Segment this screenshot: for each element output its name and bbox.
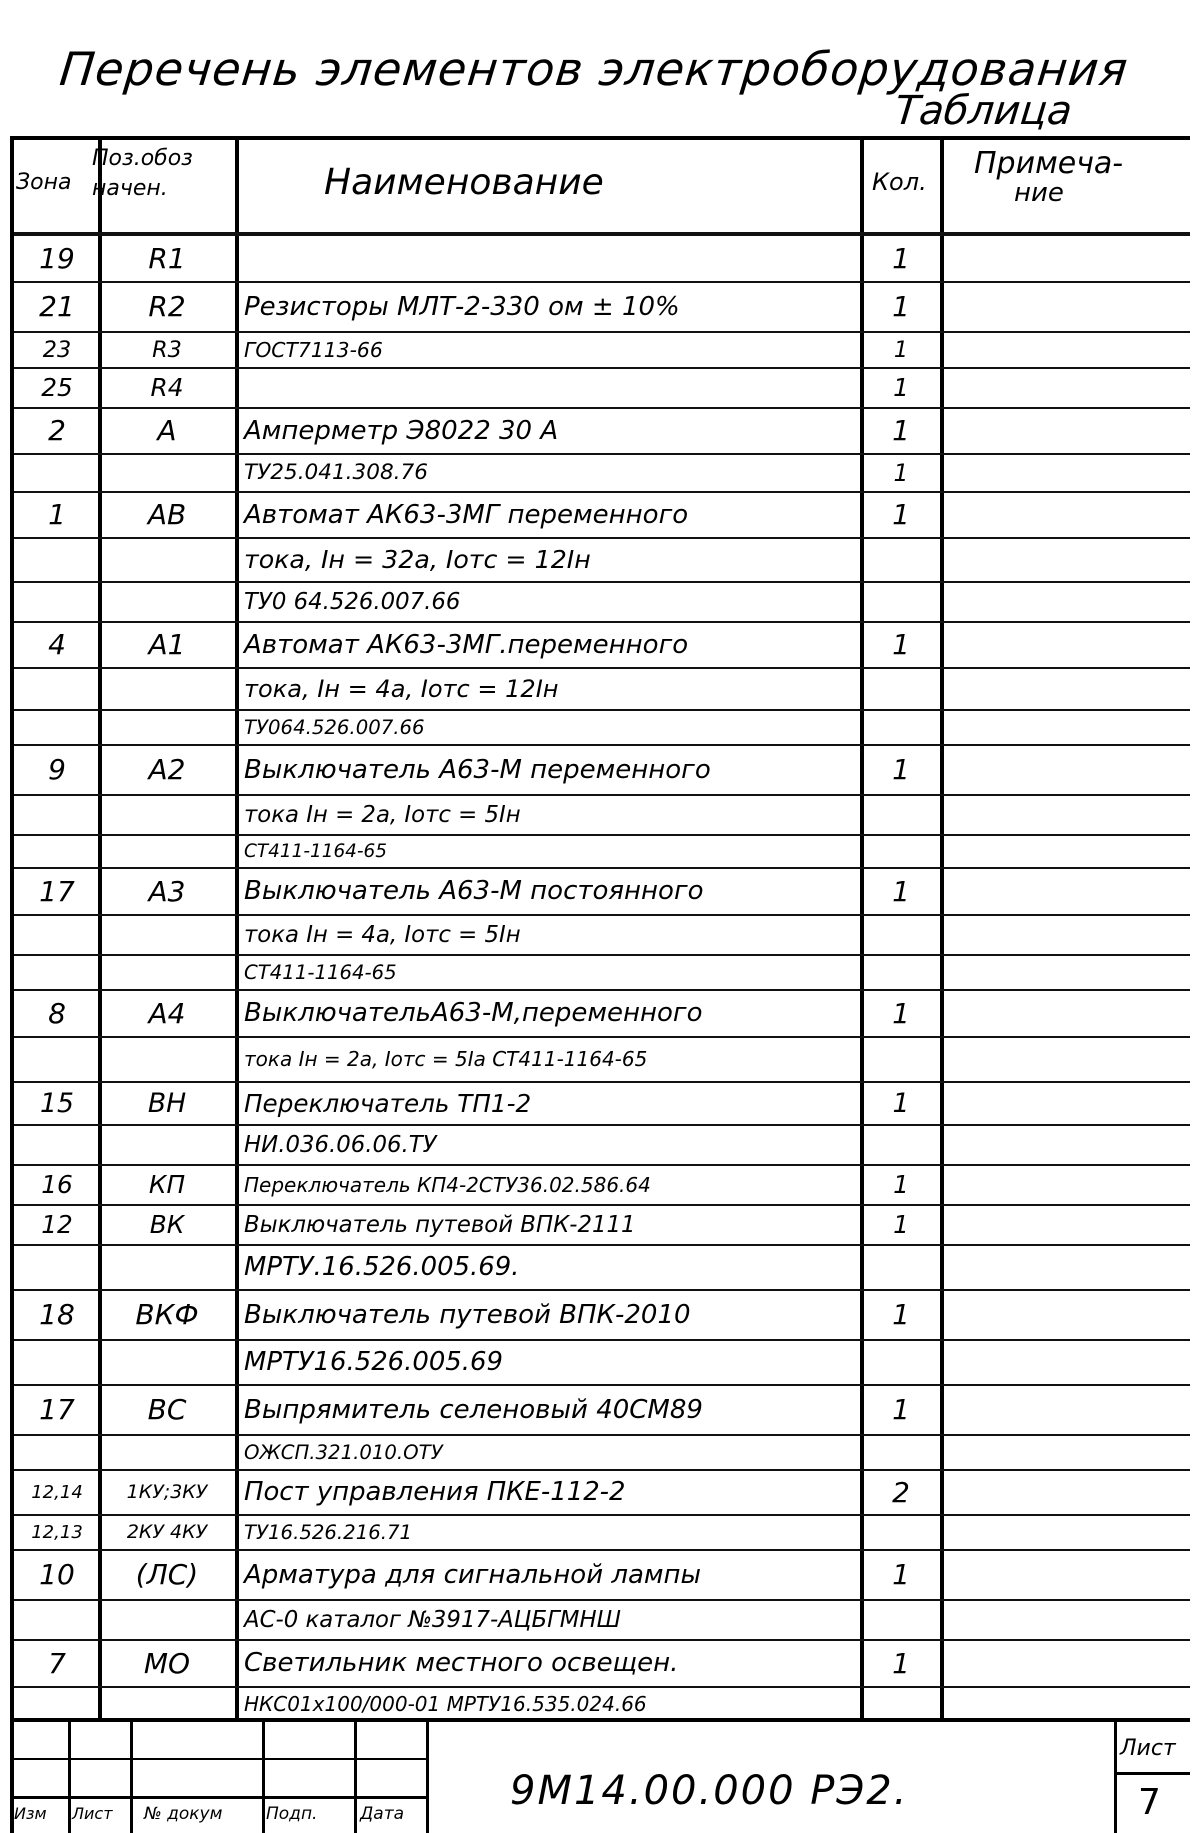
qty-cell: 1	[864, 408, 938, 454]
row-divider	[14, 331, 1190, 333]
tb-divider	[262, 1722, 265, 1833]
zone-cell: 2	[18, 408, 96, 454]
table-row: тока, Iн = 4а, Iотс = 12Iн	[14, 668, 1190, 710]
document-designation: 9М14.00.000 РЭ2.	[510, 1768, 908, 1814]
zone-cell: 9	[18, 745, 96, 795]
zone-cell: 8	[18, 990, 96, 1037]
table-row: 19R11	[14, 236, 1190, 282]
name-cell: ТУ064.526.007.66	[244, 710, 858, 745]
zone-cell: 17	[18, 1385, 96, 1435]
position-cell: А1	[102, 622, 232, 668]
table-row: тока Iн = 2а, Iотс = 5Iа СТ411-1164-65	[14, 1037, 1190, 1082]
qty-cell: 1	[864, 622, 938, 668]
table-row: АС-0 каталог №3917-АЦБГМНШ	[14, 1600, 1190, 1640]
table-row: тока Iн = 2а, Iотс = 5Iн	[14, 795, 1190, 835]
name-cell: Переключатель ТП1-2	[244, 1082, 858, 1125]
table-row: НИ.036.06.06.ТУ	[14, 1125, 1190, 1165]
qty-cell: 1	[864, 282, 938, 332]
sheet-number: 7	[1138, 1782, 1161, 1823]
tb-divider	[10, 1758, 428, 1760]
row-divider	[14, 867, 1190, 869]
row-divider	[14, 1081, 1190, 1083]
table-row: 15ВНПереключатель ТП1-21	[14, 1082, 1190, 1125]
position-cell: А3	[102, 868, 232, 915]
name-cell: Пост управления ПКЕ-112-2	[244, 1470, 858, 1515]
table-row: 25R41	[14, 368, 1190, 408]
zone-cell: 18	[18, 1290, 96, 1340]
zone-cell: 25	[18, 368, 96, 408]
column-divider	[235, 140, 239, 1722]
row-divider	[14, 1514, 1190, 1516]
table-row: МРТУ16.526.005.69	[14, 1340, 1190, 1385]
table-row: 7МОСветильник местного освещен.1	[14, 1640, 1190, 1687]
table-row: ТУ25.041.308.761	[14, 454, 1190, 492]
name-cell: Выпрямитель селеновый 40СМ89	[244, 1385, 858, 1435]
header-qty: Кол.	[872, 168, 927, 196]
name-cell: Автомат АК63-3МГ.переменного	[244, 622, 858, 668]
table-row: тока, Iн = 32а, Iотс = 12Iн	[14, 538, 1190, 582]
table-row: 1АВАвтомат АК63-3МГ переменного1	[14, 492, 1190, 538]
tb-divider	[426, 1722, 429, 1833]
table-row: 8А4ВыключательА63-М,переменного1	[14, 990, 1190, 1037]
table-row: СТ411-1164-65	[14, 835, 1190, 868]
table-row: 16КППереключатель КП4-2СТУ36.02.586.641	[14, 1165, 1190, 1205]
qty-cell: 1	[864, 1290, 938, 1340]
zone-cell: 12	[18, 1205, 96, 1245]
position-cell: 2КУ 4КУ	[102, 1515, 232, 1550]
table-row: тока Iн = 4а, Iотс = 5Iн	[14, 915, 1190, 955]
header-zone: Зона	[16, 170, 71, 195]
name-cell: НИ.036.06.06.ТУ	[244, 1125, 858, 1165]
tb-divider	[68, 1722, 71, 1833]
qty-cell: 1	[864, 1205, 938, 1245]
header-note-line1: Примеча-	[974, 146, 1123, 181]
table-row: СТ411-1164-65	[14, 955, 1190, 990]
row-divider	[14, 1639, 1190, 1641]
row-divider	[14, 667, 1190, 669]
qty-cell: 1	[864, 332, 938, 368]
tb-label-sheet: Лист	[72, 1804, 113, 1823]
table-row: 10(ЛС)Арматура для сигнальной лампы1	[14, 1550, 1190, 1600]
column-divider	[940, 140, 944, 1722]
name-cell: ОЖСП.321.010.ОТУ	[244, 1435, 858, 1470]
name-cell: Выключатель путевой ВПК-2010	[244, 1290, 858, 1340]
name-cell: Резисторы МЛТ-2-330 ом ± 10%	[244, 282, 858, 332]
position-cell: R3	[102, 332, 232, 368]
name-cell: Выключатель А63-М постоянного	[244, 868, 858, 915]
row-divider	[14, 491, 1190, 493]
zone-cell: 7	[18, 1640, 96, 1687]
row-divider	[14, 1549, 1190, 1551]
row-divider	[14, 1204, 1190, 1206]
row-divider	[14, 834, 1190, 836]
position-cell: КП	[102, 1165, 232, 1205]
row-divider	[14, 407, 1190, 409]
row-divider	[14, 1289, 1190, 1291]
table-row: 17ВСВыпрямитель селеновый 40СМ891	[14, 1385, 1190, 1435]
position-cell: R2	[102, 282, 232, 332]
name-cell: Автомат АК63-3МГ переменного	[244, 492, 858, 538]
name-cell: СТ411-1164-65	[244, 835, 858, 868]
tb-divider	[130, 1722, 133, 1833]
name-cell: ВыключательА63-М,переменного	[244, 990, 858, 1037]
qty-cell: 1	[864, 492, 938, 538]
tb-divider	[1114, 1722, 1117, 1833]
name-cell: ТУ25.041.308.76	[244, 454, 858, 492]
qty-cell: 1	[864, 868, 938, 915]
row-divider	[14, 1244, 1190, 1246]
row-divider	[14, 1469, 1190, 1471]
title-block: Изм Лист № докум Подп. Дата 9М14.00.000 …	[10, 1718, 1190, 1833]
name-cell: Выключатель А63-М переменного	[244, 745, 858, 795]
qty-cell: 1	[864, 454, 938, 492]
name-cell: тока Iн = 4а, Iотс = 5Iн	[244, 915, 858, 955]
name-cell: Выключатель путевой ВПК-2111	[244, 1205, 858, 1245]
row-divider	[14, 1686, 1190, 1688]
column-divider	[860, 140, 864, 1722]
table-row: 4А1Автомат АК63-3МГ.переменного1	[14, 622, 1190, 668]
row-divider	[14, 1384, 1190, 1386]
header-position-line2: начен.	[92, 176, 168, 201]
table-row: НКС01х100/000-01 МРТУ16.535.024.66	[14, 1687, 1190, 1722]
name-cell: НКС01х100/000-01 МРТУ16.535.024.66	[244, 1687, 858, 1722]
name-cell: тока Iн = 2а, Iотс = 5Iн	[244, 795, 858, 835]
name-cell: ГОСТ7113-66	[244, 332, 858, 368]
name-cell: тока, Iн = 4а, Iотс = 12Iн	[244, 668, 858, 710]
position-cell: ВС	[102, 1385, 232, 1435]
row-divider	[14, 1339, 1190, 1341]
qty-cell: 1	[864, 1550, 938, 1600]
zone-cell: 21	[18, 282, 96, 332]
table-row: 9А2Выключатель А63-М переменного1	[14, 745, 1190, 795]
qty-cell: 1	[864, 745, 938, 795]
table-row: 17А3Выключатель А63-М постоянного1	[14, 868, 1190, 915]
name-cell: Светильник местного освещен.	[244, 1640, 858, 1687]
elements-table: Зона Поз.обоз начен. Наименование Кол. П…	[10, 136, 1190, 1718]
table-row: 18ВКФВыключатель путевой ВПК-20101	[14, 1290, 1190, 1340]
row-divider	[14, 537, 1190, 539]
zone-cell: 15	[18, 1082, 96, 1125]
qty-cell: 1	[864, 1640, 938, 1687]
zone-cell: 17	[18, 868, 96, 915]
header-position-line1: Поз.обоз	[92, 146, 193, 171]
row-divider	[14, 1599, 1190, 1601]
header-divider	[14, 232, 1190, 236]
table-row: 12ВКВыключатель путевой ВПК-21111	[14, 1205, 1190, 1245]
name-cell: МРТУ16.526.005.69	[244, 1340, 858, 1385]
row-divider	[14, 453, 1190, 455]
table-row: 2ААмперметр Э8022 30 А1	[14, 408, 1190, 454]
name-cell: тока, Iн = 32а, Iотс = 12Iн	[244, 538, 858, 582]
row-divider	[14, 744, 1190, 746]
row-divider	[14, 621, 1190, 623]
name-cell: Переключатель КП4-2СТУ36.02.586.64	[244, 1165, 858, 1205]
document-subtitle: Таблица	[893, 88, 1075, 134]
tb-divider	[1114, 1772, 1190, 1775]
qty-cell: 1	[864, 990, 938, 1037]
tb-label-change: Изм	[14, 1804, 47, 1823]
position-cell: ВК	[102, 1205, 232, 1245]
position-cell: МО	[102, 1640, 232, 1687]
name-cell: СТ411-1164-65	[244, 955, 858, 990]
qty-cell: 1	[864, 368, 938, 408]
position-cell: А2	[102, 745, 232, 795]
position-cell: ВН	[102, 1082, 232, 1125]
zone-cell: 12,13	[18, 1515, 96, 1550]
qty-cell: 1	[864, 236, 938, 282]
zone-cell: 12,14	[18, 1470, 96, 1515]
row-divider	[14, 709, 1190, 711]
position-cell: 1КУ;3КУ	[102, 1470, 232, 1515]
zone-cell: 23	[18, 332, 96, 368]
row-divider	[14, 954, 1190, 956]
table-row: ТУ0 64.526.007.66	[14, 582, 1190, 622]
column-divider	[98, 140, 102, 1722]
name-cell: ТУ0 64.526.007.66	[244, 582, 858, 622]
row-divider	[14, 367, 1190, 369]
tb-label-date: Дата	[360, 1804, 404, 1824]
zone-cell: 4	[18, 622, 96, 668]
zone-cell: 1	[18, 492, 96, 538]
row-divider	[14, 914, 1190, 916]
table-row: 12,141КУ;3КУПост управления ПКЕ-112-22	[14, 1470, 1190, 1515]
row-divider	[14, 281, 1190, 283]
row-divider	[14, 581, 1190, 583]
table-row: 21R2Резисторы МЛТ-2-330 ом ± 10%1	[14, 282, 1190, 332]
row-divider	[14, 794, 1190, 796]
position-cell: ВКФ	[102, 1290, 232, 1340]
qty-cell: 1	[864, 1385, 938, 1435]
name-cell: АС-0 каталог №3917-АЦБГМНШ	[244, 1600, 858, 1640]
table-row: 12,132КУ 4КУТУ16.526.216.71	[14, 1515, 1190, 1550]
qty-cell: 1	[864, 1165, 938, 1205]
row-divider	[14, 1036, 1190, 1038]
tb-divider	[354, 1722, 357, 1833]
position-cell: R1	[102, 236, 232, 282]
table-row: ТУ064.526.007.66	[14, 710, 1190, 745]
header-note-line2: ние	[1014, 178, 1064, 208]
row-divider	[14, 1124, 1190, 1126]
row-divider	[14, 1164, 1190, 1166]
zone-cell: 19	[18, 236, 96, 282]
position-cell: А4	[102, 990, 232, 1037]
qty-cell: 1	[864, 1082, 938, 1125]
header-name: Наименование	[324, 162, 604, 203]
table-row: МРТУ.16.526.005.69.	[14, 1245, 1190, 1290]
tb-label-doc-no: № докум	[144, 1804, 222, 1824]
name-cell: Амперметр Э8022 30 А	[244, 408, 858, 454]
name-cell: ТУ16.526.216.71	[244, 1515, 858, 1550]
name-cell: тока Iн = 2а, Iотс = 5Iа СТ411-1164-65	[244, 1037, 858, 1082]
zone-cell: 16	[18, 1165, 96, 1205]
name-cell: МРТУ.16.526.005.69.	[244, 1245, 858, 1290]
table-row: ОЖСП.321.010.ОТУ	[14, 1435, 1190, 1470]
qty-cell: 2	[864, 1470, 938, 1515]
row-divider	[14, 1434, 1190, 1436]
zone-cell: 10	[18, 1550, 96, 1600]
tb-sheet-label: Лист	[1120, 1736, 1176, 1761]
table-row: 23R3ГОСТ7113-661	[14, 332, 1190, 368]
position-cell: R4	[102, 368, 232, 408]
row-divider	[14, 989, 1190, 991]
name-cell: Арматура для сигнальной лампы	[244, 1550, 858, 1600]
position-cell: (ЛС)	[102, 1550, 232, 1600]
position-cell: А	[102, 408, 232, 454]
tb-label-signature: Подп.	[266, 1804, 317, 1824]
position-cell: АВ	[102, 492, 232, 538]
tb-divider	[10, 1796, 428, 1799]
